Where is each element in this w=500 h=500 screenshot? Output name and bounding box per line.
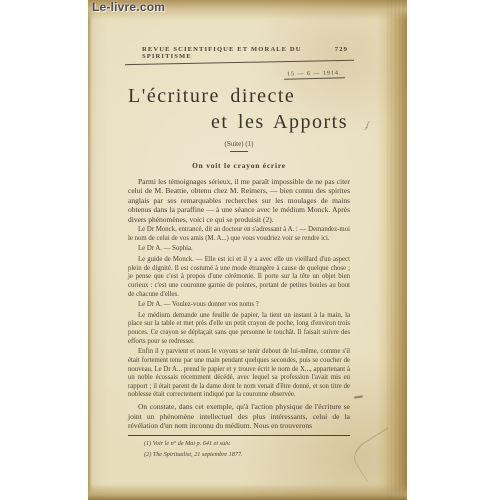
paragraph: Le Dr Monck, entrancé, dit au docteur en… xyxy=(128,226,350,243)
section-heading: On voit le crayon écrire xyxy=(128,161,350,170)
footnote: (1) Voir le n° de Mai p. 641 et suiv. xyxy=(144,440,350,449)
watermark: Le-livre.com xyxy=(92,0,165,14)
journal-title: REVUE SCIENTIFIQUE ET MORALE DU SPIRITIS… xyxy=(142,46,335,60)
subtitle-divider xyxy=(230,151,248,152)
article-title-line1: L'écriture directe xyxy=(128,85,350,108)
paragraph: Le médium demande une feuille de papier,… xyxy=(128,312,350,347)
page-number: 729 xyxy=(335,46,348,53)
article-subtitle: (Suite) (1) xyxy=(128,140,350,148)
paragraph: Enfin il y parvient et nous le voyons se… xyxy=(128,348,350,400)
header-rule xyxy=(125,60,354,65)
article-title-line2: et les Apports xyxy=(128,111,348,134)
paragraph: On constate, dans cet exemple, qu'à l'ac… xyxy=(128,402,350,430)
product-photo: ʄ REVUE SCIENTIFIQUE ET MORALE DU SPIRIT… xyxy=(0,0,500,500)
date-stamp: 15 — 6 — 1914. xyxy=(128,71,344,79)
book-page-scan: ʄ REVUE SCIENTIFIQUE ET MORALE DU SPIRIT… xyxy=(88,0,407,500)
page-edge-texture xyxy=(387,0,407,500)
paragraph: Le Dr A. — Voulez-vous donner vos noms ? xyxy=(128,301,350,310)
article-body: Parmi les témoignages sérieux, il me par… xyxy=(128,177,350,430)
journal-header: REVUE SCIENTIFIQUE ET MORALE DU SPIRITIS… xyxy=(128,46,350,60)
margin-mark: ʄ xyxy=(365,120,369,131)
footnotes: (1) Voir le n° de Mai p. 641 et suiv.(2)… xyxy=(128,440,350,459)
paragraph: Le Dr A. — Sophia. xyxy=(128,245,350,254)
page-content: REVUE SCIENTIFIQUE ET MORALE DU SPIRITIS… xyxy=(128,46,350,462)
paragraph: Parmi les témoignages sérieux, il me par… xyxy=(128,177,350,224)
paragraph: Le guide de Monck. — Elle est ici et il … xyxy=(128,256,350,299)
footnote-rule xyxy=(128,435,350,436)
pencil-mark xyxy=(354,395,363,398)
footnote: (2) The Spiritualist, 21 septembre 1877. xyxy=(144,451,350,460)
